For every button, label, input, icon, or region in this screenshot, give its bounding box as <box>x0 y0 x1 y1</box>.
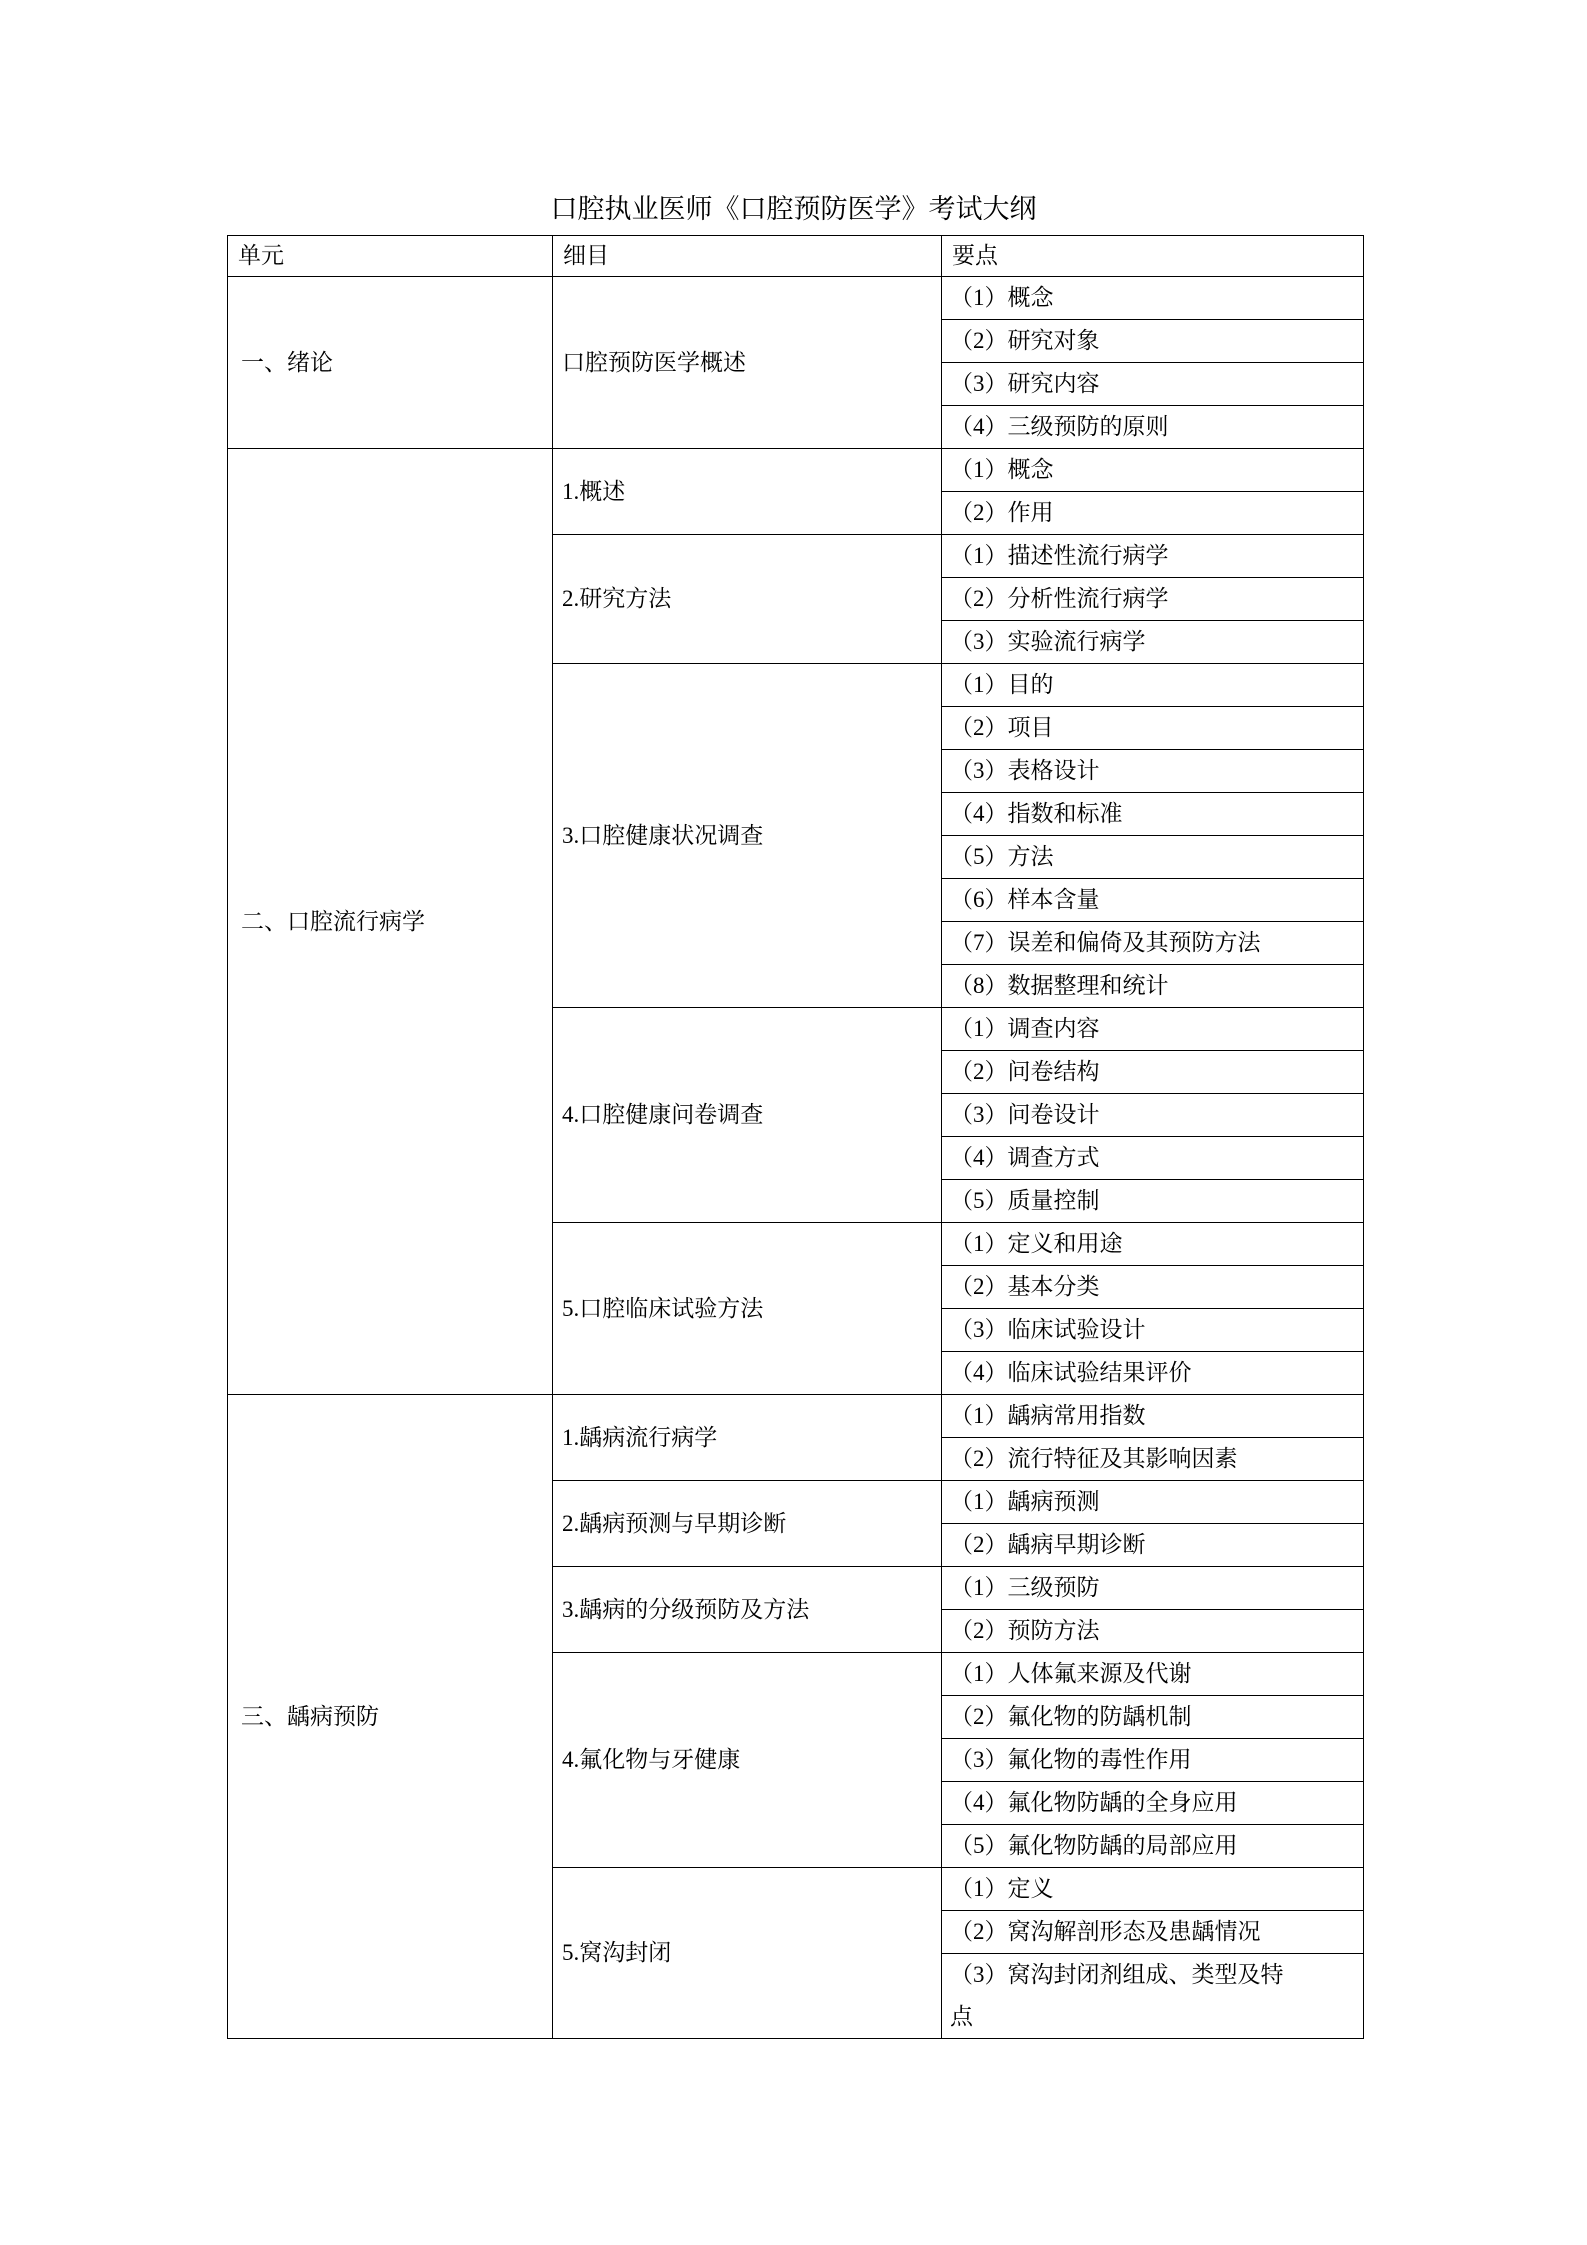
point-cell: （1）概念 <box>942 449 1364 492</box>
point-cell: （3）研究内容 <box>942 363 1364 406</box>
detail-cell: 2.龋病预测与早期诊断 <box>553 1481 942 1567</box>
point-cell: （1）概念 <box>942 277 1364 320</box>
point-cell: （1）目的 <box>942 664 1364 707</box>
point-cell: （1）描述性流行病学 <box>942 535 1364 578</box>
point-cell: （5）质量控制 <box>942 1180 1364 1223</box>
exam-outline-table: 单元 细目 要点 一、绪论口腔预防医学概述（1）概念（2）研究对象（3）研究内容… <box>227 235 1364 2039</box>
point-cell: （1）人体氟来源及代谢 <box>942 1653 1364 1696</box>
col-header-unit: 单元 <box>228 236 553 277</box>
point-cell: （2）窝沟解剖形态及患龋情况 <box>942 1911 1364 1954</box>
point-cell: （2）项目 <box>942 707 1364 750</box>
detail-cell: 5.窝沟封闭 <box>553 1868 942 2039</box>
point-cell: （3）实验流行病学 <box>942 621 1364 664</box>
col-header-points: 要点 <box>942 236 1364 277</box>
point-cell: （4）调查方式 <box>942 1137 1364 1180</box>
col-header-detail: 细目 <box>553 236 942 277</box>
point-cell: （2）氟化物的防龋机制 <box>942 1696 1364 1739</box>
point-cell: （1）龋病常用指数 <box>942 1395 1364 1438</box>
detail-cell: 4.口腔健康问卷调查 <box>553 1008 942 1223</box>
point-cell: （2）基本分类 <box>942 1266 1364 1309</box>
point-cell: （3）表格设计 <box>942 750 1364 793</box>
point-cell: （2）问卷结构 <box>942 1051 1364 1094</box>
point-cell: （1）定义和用途 <box>942 1223 1364 1266</box>
point-cell: （4）指数和标准 <box>942 793 1364 836</box>
point-cell: （2）作用 <box>942 492 1364 535</box>
point-cell: （5）氟化物防龋的局部应用 <box>942 1825 1364 1868</box>
detail-cell: 2.研究方法 <box>553 535 942 664</box>
detail-cell: 5.口腔临床试验方法 <box>553 1223 942 1395</box>
point-cell: （1）龋病预测 <box>942 1481 1364 1524</box>
point-cell: （3）临床试验设计 <box>942 1309 1364 1352</box>
point-cell: （2）研究对象 <box>942 320 1364 363</box>
header-row: 单元 细目 要点 <box>228 236 1364 277</box>
point-cell: （3）问卷设计 <box>942 1094 1364 1137</box>
unit-cell: 一、绪论 <box>228 277 553 449</box>
detail-cell: 口腔预防医学概述 <box>553 277 942 449</box>
point-cell: （1）定义 <box>942 1868 1364 1911</box>
table-row: 三、龋病预防1.龋病流行病学（1）龋病常用指数 <box>228 1395 1364 1438</box>
table-row: 一、绪论口腔预防医学概述（1）概念 <box>228 277 1364 320</box>
point-cell: （4）临床试验结果评价 <box>942 1352 1364 1395</box>
point-cell: （7）误差和偏倚及其预防方法 <box>942 922 1364 965</box>
point-cell: （2）预防方法 <box>942 1610 1364 1653</box>
detail-cell: 3.龋病的分级预防及方法 <box>553 1567 942 1653</box>
detail-cell: 1.概述 <box>553 449 942 535</box>
point-cell: （2）流行特征及其影响因素 <box>942 1438 1364 1481</box>
point-cell: （1）三级预防 <box>942 1567 1364 1610</box>
point-cell: （1）调查内容 <box>942 1008 1364 1051</box>
detail-cell: 1.龋病流行病学 <box>553 1395 942 1481</box>
point-cell: （3）窝沟封闭剂组成、类型及特点 <box>942 1954 1364 2039</box>
table-row: 二、口腔流行病学1.概述（1）概念 <box>228 449 1364 492</box>
point-cell: （4）氟化物防龋的全身应用 <box>942 1782 1364 1825</box>
detail-cell: 3.口腔健康状况调查 <box>553 664 942 1008</box>
unit-cell: 三、龋病预防 <box>228 1395 553 2039</box>
point-cell: （2）分析性流行病学 <box>942 578 1364 621</box>
detail-cell: 4.氟化物与牙健康 <box>553 1653 942 1868</box>
point-cell: （6）样本含量 <box>942 879 1364 922</box>
point-cell: （8）数据整理和统计 <box>942 965 1364 1008</box>
point-cell: （3）氟化物的毒性作用 <box>942 1739 1364 1782</box>
unit-cell: 二、口腔流行病学 <box>228 449 553 1395</box>
point-cell: （4）三级预防的原则 <box>942 406 1364 449</box>
point-cell: （2）龋病早期诊断 <box>942 1524 1364 1567</box>
point-cell: （5）方法 <box>942 836 1364 879</box>
document-title: 口腔执业医师《口腔预防医学》考试大纲 <box>551 194 1037 224</box>
